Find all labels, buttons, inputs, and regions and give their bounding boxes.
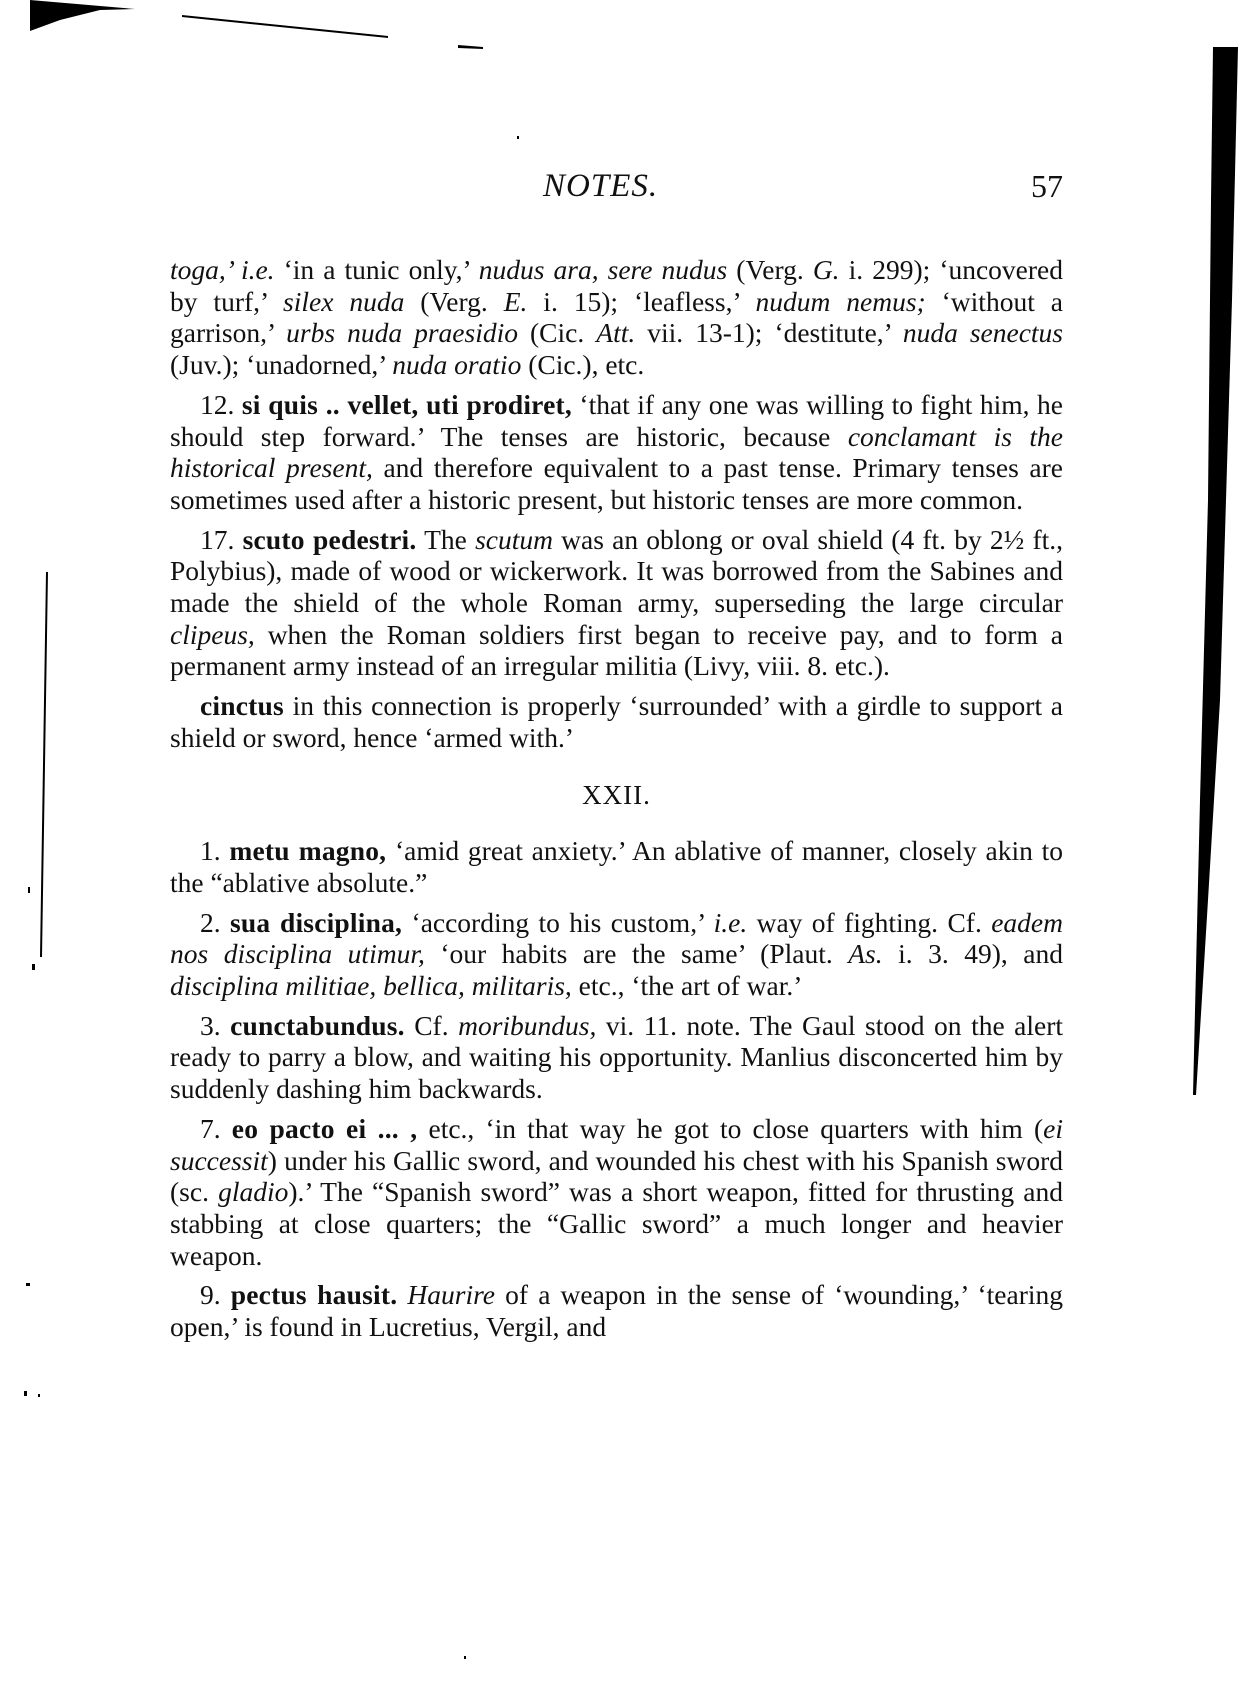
lemma: sua disciplina, [230, 907, 402, 938]
italic-text: disciplina militiae, bellica, militaris, [170, 970, 572, 1001]
italic-text: toga,’ [170, 254, 241, 285]
text: ‘according to his custom,’ [402, 907, 713, 938]
note-paragraph: toga,’ i.e. ‘in a tunic only,’ nudus ara… [170, 254, 1063, 381]
section-heading: XXII. [170, 780, 1063, 812]
page-number: 57 [1031, 168, 1063, 205]
italic-text: i.e. [241, 254, 275, 285]
italic-text: nuda senectus [903, 317, 1063, 348]
italic-text: urbs nuda praesidio [286, 317, 518, 348]
note-paragraph: 1. metu magno, ‘amid great anxiety.’ An … [170, 835, 1063, 898]
lemma: si quis .. vellet, uti prodiret, [242, 389, 572, 420]
left-mark [38, 1394, 40, 1397]
note-paragraph: 7. eo pacto ei ... , etc., ‘in that way … [170, 1113, 1063, 1272]
text: Cf. [405, 1010, 458, 1041]
running-title: NOTES. [543, 168, 658, 205]
lemma: cinctus [200, 690, 284, 721]
text: ).’ The “Spanish sword” was a short weap… [170, 1176, 1063, 1270]
top-left-shadow-wedge [30, 0, 135, 31]
lemma: metu magno, [229, 835, 386, 866]
text [397, 1279, 407, 1310]
text: 7. [200, 1113, 232, 1144]
italic-text: i.e. [714, 907, 748, 938]
page-header: NOTES. 57 [170, 168, 1063, 208]
text: i. 3. 49), and [883, 938, 1063, 969]
note-paragraph: 17. scuto pedestri. The scutum was an ob… [170, 524, 1063, 683]
top-right-edge-line [458, 45, 483, 49]
note-paragraph: cinctus in this connection is properly ‘… [170, 690, 1063, 753]
text: 9. [200, 1279, 231, 1310]
note-paragraph: 2. sua disciplina, ‘according to his cus… [170, 907, 1063, 1002]
text: 17. [200, 524, 243, 555]
italic-text: E. [504, 286, 528, 317]
italic-text: nuda oratio [392, 349, 521, 380]
left-margin-line [41, 572, 47, 957]
text: 2. [200, 907, 230, 938]
note-paragraph: 9. pectus hausit. Haurire of a weapon in… [170, 1279, 1063, 1342]
italic-text: silex nuda [283, 286, 404, 317]
italic-text: G. [813, 254, 840, 285]
top-edge-line [182, 15, 388, 38]
text: when the Roman soldiers first began to r… [170, 619, 1063, 682]
text: vii. 13-1); ‘destitute,’ [635, 317, 903, 348]
italic-text: Haurire [407, 1279, 495, 1310]
note-paragraph: 12. si quis .. vellet, uti prodiret, ‘th… [170, 389, 1063, 516]
italic-text: moribundus, [458, 1010, 596, 1041]
text: 12. [200, 389, 242, 420]
notes-xxi-continued: toga,’ i.e. ‘in a tunic only,’ nudus ara… [170, 254, 1063, 754]
left-mark [32, 964, 35, 970]
text: i. 15); ‘leafless,’ [527, 286, 755, 317]
text: in this connection is properly ‘surround… [170, 690, 1063, 753]
italic-text: nudum nemus; [756, 286, 926, 317]
note-paragraph: 3. cunctabundus. Cf. moribundus, vi. 11.… [170, 1010, 1063, 1105]
text: The [416, 524, 475, 555]
text: 3. [200, 1010, 230, 1041]
lemma: scuto pedestri. [243, 524, 417, 555]
italic-text: nudus ara, sere nudus [479, 254, 727, 285]
italic-text: Att. [596, 317, 635, 348]
left-mark [26, 1283, 30, 1286]
italic-text: As. [848, 938, 882, 969]
text: (Cic.), etc. [521, 349, 644, 380]
text: way of fighting. Cf. [747, 907, 991, 938]
notes-body: toga,’ i.e. ‘in a tunic only,’ nudus ara… [170, 254, 1063, 1351]
lemma: cunctabundus. [230, 1010, 405, 1041]
left-mark [24, 1391, 27, 1396]
notes-xxii: 1. metu magno, ‘amid great anxiety.’ An … [170, 835, 1063, 1343]
text: etc., ‘in that way he got to close quart… [417, 1113, 1043, 1144]
lemma: pectus hausit. [231, 1279, 398, 1310]
top-dot [517, 136, 519, 139]
bottom-dot [464, 1656, 466, 1659]
italic-text: scutum [475, 524, 553, 555]
text: ‘in a tunic only,’ [275, 254, 479, 285]
italic-text: gladio [218, 1176, 288, 1207]
italic-text: clipeus, [170, 619, 255, 650]
text: (Verg. [727, 254, 813, 285]
lemma: eo pacto ei ... , [232, 1113, 418, 1144]
left-mark [28, 887, 30, 893]
text: (Juv.); ‘unadorned,’ [170, 349, 392, 380]
right-shadow-bar [1193, 47, 1238, 1095]
text: 1. [200, 835, 229, 866]
text: ‘our habits are the same’ (Plaut. [425, 938, 848, 969]
text: (Cic. [518, 317, 596, 348]
text: etc., ‘the art of war.’ [572, 970, 803, 1001]
text: (Verg. [404, 286, 503, 317]
